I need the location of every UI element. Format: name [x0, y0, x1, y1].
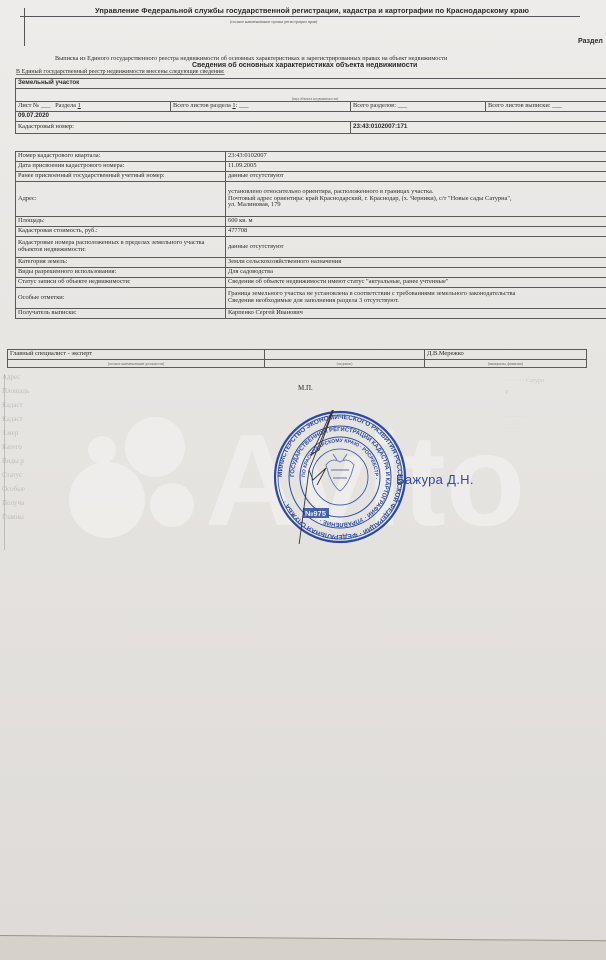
- table-row: Получатель выписки: Карпенко Сергей Иван…: [16, 309, 606, 319]
- bleed-through-text-right: · · · · · · СатурнР.· · · · · ·· · · ·: [505, 375, 605, 475]
- detail-label: Особые отметки:: [16, 288, 226, 309]
- official-stamp-icon: МИНИСТЕРСТВО ЭКОНОМИЧЕСКОГО РАЗВИТИЯ РОС…: [271, 410, 409, 544]
- svg-text:ПО КРАСНОДАРСКОМУ КРАЮ · РОСРЕ: ПО КРАСНОДАРСКОМУ КРАЮ · РОСРЕЕСТР ·: [301, 438, 379, 480]
- position-caption: (полное наименование должности): [8, 360, 265, 368]
- signer-name: Д.В.Мережко: [425, 350, 587, 360]
- table-row: Статус записи об объекте недвижимости: С…: [16, 278, 606, 288]
- detail-value: 600 кв. м: [226, 217, 606, 227]
- cadastral-number-value: 23:43:0102007:171: [351, 122, 606, 134]
- detail-value: Карпенко Сергей Иванович: [226, 309, 606, 319]
- detail-value: данные отсутствуют: [226, 237, 606, 258]
- agency-title: Управление Федеральной службы государств…: [95, 6, 529, 15]
- object-type-caption: (вид объекта недвижимости): [16, 89, 606, 102]
- table-row: Особые отметки: Граница земельного участ…: [16, 288, 606, 309]
- detail-label: Кадастровая стоимость, руб.:: [16, 227, 226, 237]
- detail-value: 477708: [226, 227, 606, 237]
- bleed-through-text: АдресПлощадьКадастКадастЗ.мерКатегоВиды …: [2, 370, 70, 790]
- table-row: Виды разрешенного использования: Для сад…: [16, 268, 606, 278]
- table-row: Дата присвоения кадастрового номера: 11.…: [16, 162, 606, 172]
- desk-surface: [0, 935, 606, 960]
- section-sheets-cell: Всего листов раздела 1: ___: [171, 102, 351, 112]
- detail-value: 11.09.2005: [226, 162, 606, 172]
- table-row: Кадастровая стоимость, руб.: 477708: [16, 227, 606, 237]
- detail-label: Площадь:: [16, 217, 226, 227]
- detail-label: Номер кадастрового квартала:: [16, 152, 226, 162]
- seal-label: М.П.: [298, 384, 313, 392]
- signature-caption: (подпись): [265, 360, 425, 368]
- table-row: Площадь: 600 кв. м: [16, 217, 606, 227]
- section-no-label: Раздела: [55, 102, 76, 109]
- name-caption: (инициалы, фамилия): [425, 360, 587, 368]
- total-sheets-label: Всего листов выписки:: [488, 102, 551, 109]
- stamp-number: №975: [305, 509, 326, 518]
- detail-value: данные отсутствуют: [226, 172, 606, 182]
- header-margin-bar: [24, 8, 25, 46]
- extract-title: Выписка из Единого государственного реес…: [55, 55, 447, 62]
- object-type: Земельный участок: [16, 79, 606, 89]
- detail-label: Виды разрешенного использования:: [16, 268, 226, 278]
- detail-label: Категория земель:: [16, 258, 226, 268]
- detail-value: Земли сельскохозяйственного назначения: [226, 258, 606, 268]
- agency-caption: (полное наименование органа регистрации …: [230, 19, 317, 24]
- detail-label: Дата присвоения кадастрового номера:: [16, 162, 226, 172]
- table-row: Кадастровые номера расположенных в преде…: [16, 237, 606, 258]
- detail-label: Статус записи об объекте недвижимости:: [16, 278, 226, 288]
- stamp-signer-name: Бажура Д.Н.: [396, 472, 474, 487]
- detail-label: Адрес:: [16, 182, 226, 217]
- section-label: Раздел: [578, 38, 603, 45]
- object-header-table: Земельный участок (вид объекта недвижимо…: [15, 78, 606, 134]
- detail-label: Ранее присвоенный государственный учетны…: [16, 172, 226, 182]
- section-heading: Сведения об основных характеристиках объ…: [192, 62, 417, 69]
- sheet-section-cell: Лист № ___ Раздела 1: [16, 102, 171, 112]
- agency-underline: [20, 16, 580, 17]
- entered-note: В Единый государственный реестр недвижим…: [16, 69, 225, 75]
- table-row: Номер кадастрового квартала: 23:43:01020…: [16, 152, 606, 162]
- detail-value: 23:43:0102007: [226, 152, 606, 162]
- total-sections-label: Всего разделов:: [353, 102, 396, 109]
- table-row: Категория земель: Земли сельскохозяйстве…: [16, 258, 606, 268]
- detail-value: Сведения об объекте недвижимости имеют с…: [226, 278, 606, 288]
- table-row: Ранее присвоенный государственный учетны…: [16, 172, 606, 182]
- section-sheets-label: Всего листов раздела: [173, 102, 231, 109]
- extract-date: 09.07.2020: [16, 112, 606, 122]
- details-table: Номер кадастрового квартала: 23:43:01020…: [15, 151, 606, 319]
- sheet-no-label: Лист №: [18, 102, 39, 109]
- detail-label: Получатель выписки:: [16, 309, 226, 319]
- detail-label: Кадастровые номера расположенных в преде…: [16, 237, 226, 258]
- cadastral-number-label: Кадастровый номер:: [16, 122, 351, 134]
- section-no-value: 1: [78, 102, 81, 109]
- detail-value-address: установлено относительно ориентира, расп…: [226, 182, 606, 217]
- signature-cell: [265, 350, 425, 360]
- detail-value: Для садоводства: [226, 268, 606, 278]
- address-line-2: Почтовый адрес ориентира: край Краснодар…: [228, 196, 606, 203]
- notes-line-2: Сведения необходимые для заполнения разд…: [228, 298, 606, 305]
- section-sheets-value: 1: [232, 102, 235, 109]
- detail-value-notes: Граница земельного участка не установлен…: [226, 288, 606, 309]
- table-row: Адрес: установлено относительно ориентир…: [16, 182, 606, 217]
- address-line-3: ул. Малиновая, 179: [228, 202, 606, 209]
- signature-table: Главный специалист - эксперт Д.В.Мережко…: [7, 349, 587, 368]
- total-sheets-cell: Всего листов выписки: ___: [486, 102, 606, 112]
- signer-position: Главный специалист - эксперт: [8, 350, 265, 360]
- total-sections-cell: Всего разделов: ___: [351, 102, 486, 112]
